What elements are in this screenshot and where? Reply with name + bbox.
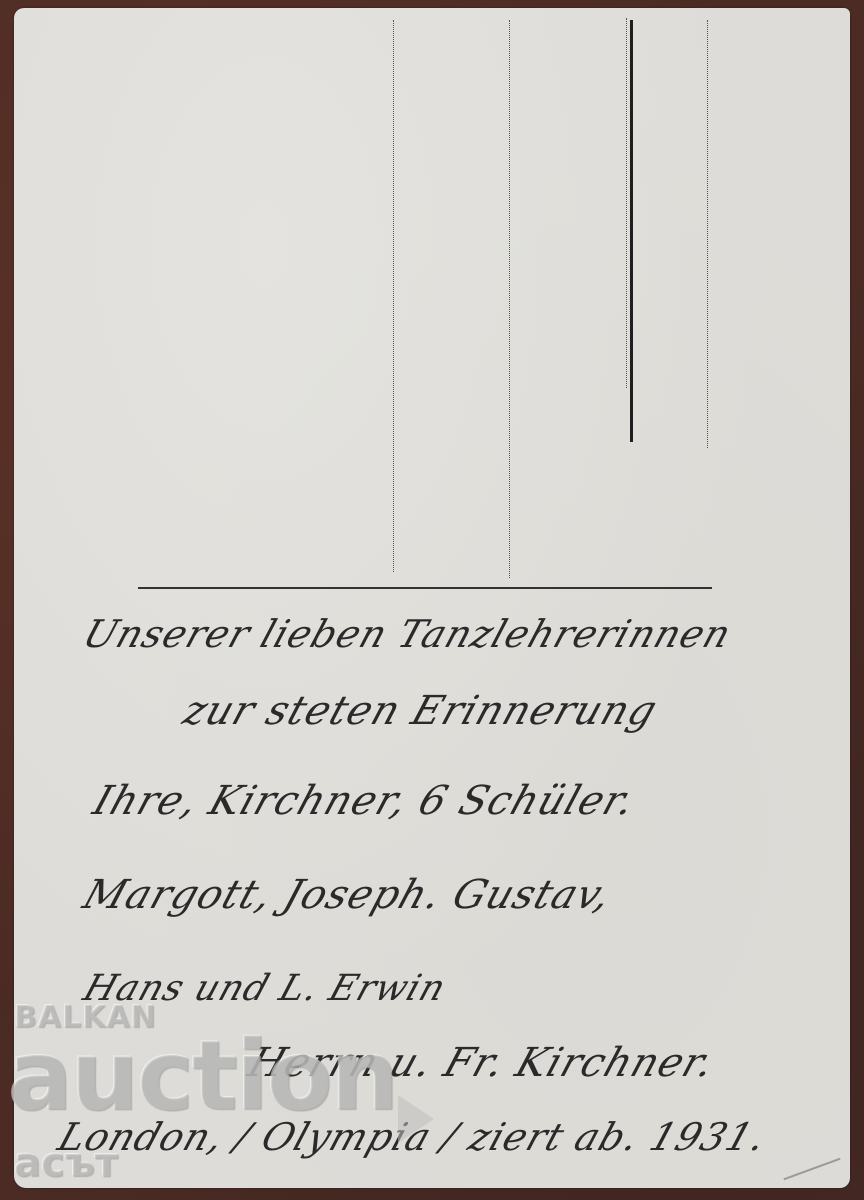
handwriting-line-4: Margott, Joseph. Gustav, bbox=[78, 872, 618, 918]
dotted-divider-3 bbox=[626, 18, 627, 388]
solid-divider bbox=[630, 20, 633, 442]
watermark-auction: auction bbox=[8, 1020, 397, 1132]
dotted-divider-1 bbox=[393, 20, 394, 572]
dotted-divider-4 bbox=[707, 20, 708, 448]
dotted-divider-2 bbox=[509, 20, 510, 578]
watermark-play-icon bbox=[398, 1095, 434, 1143]
watermark-acat: асът bbox=[14, 1140, 118, 1186]
handwriting-line-3: Ihre, Kirchner, 6 Schüler. bbox=[88, 778, 642, 824]
handwriting-line-1: Unserer lieben Tanzlehrerinnen bbox=[78, 612, 737, 656]
address-rule bbox=[138, 587, 712, 589]
handwriting-line-2: zur steten Erinnerung bbox=[178, 688, 664, 734]
